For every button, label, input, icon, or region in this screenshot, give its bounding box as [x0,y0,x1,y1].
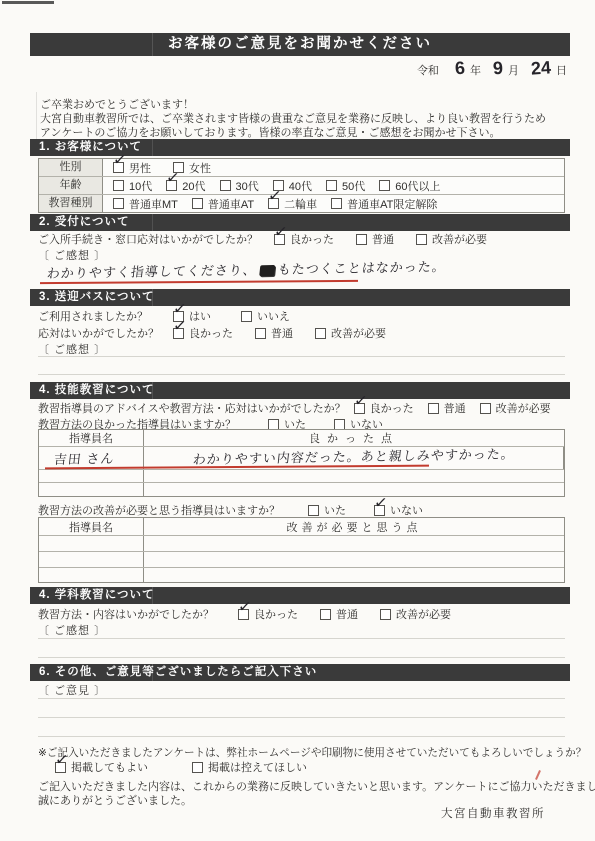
column-header-point: 改善が必要と思う点 [144,518,564,535]
option-label: 掲載は控えてほしい [208,759,307,775]
year-unit: 年 [470,62,481,78]
comment-label: 〔 ご感想 〕 [38,622,106,638]
row-label: 性別 [39,159,103,176]
scanned-survey-form: お客様のご意見をお聞かせください 令和 6 年 9 月 24 日 ご卒業おめでと… [0,0,595,841]
checkbox-needs-improvement [416,234,427,245]
ruled-line [38,356,565,357]
option-inai: いない [374,502,423,518]
row-label: 年齢 [39,177,103,194]
option-needs-improvement: 改善が必要 [380,606,451,622]
option-label: 普通車MT [129,196,178,212]
question-label: 教習方法の改善が必要と思う指導員はいますか？ [38,502,308,518]
option-label: 改善が必要 [432,231,487,247]
checkbox-good [274,234,285,245]
handwritten-text-part1: わかりやすく指導してくださり、 [46,262,258,281]
option-label: 改善が必要 [331,325,386,341]
date-line: 令和 6 年 9 月 24 日 [417,58,567,79]
handwritten-comment: わかりやすく指導してくださり、もたつくことはなかった。 [46,256,447,282]
option-label: 40代 [289,178,312,194]
question-options: 良かった 普通 改善が必要 [173,325,386,341]
option-label: 普通車AT [208,196,254,212]
option-publish-ok: 掲載してもよい [55,759,148,775]
option-needs-improvement: 改善が必要 [416,231,487,247]
reception-question-row: ご入所手続き・窓口応対はいかがでしたか？ 良かった 普通 改善が必要 [38,231,487,247]
option-label: 男性 [129,160,151,176]
option-30s: 30代 [220,178,259,194]
checkbox-good [354,403,365,414]
improve-point-cell [144,552,564,567]
ruled-line [38,717,565,718]
option-good: 良かった [238,606,298,622]
table-header-row: 指導員名 改善が必要と思う点 [39,518,564,535]
section1-header: 1. お客様について [30,139,570,156]
handwritten-year: 6 [454,58,465,80]
checkbox-ita [308,505,319,516]
handwritten-day: 24 [530,57,551,79]
checkbox-male [113,162,124,173]
option-label: 普通 [336,606,358,622]
question-options: 良かった 普通 改善が必要 [354,400,551,416]
form-title: お客様のご意見をお聞かせください [168,36,432,52]
table-row-gender: 性別 男性 女性 [39,159,564,176]
option-label: 良かった [254,606,298,622]
column-header-name: 指導員名 [39,430,144,446]
option-no: いいえ [241,308,290,324]
opinion-label: 〔 ご意見 〕 [38,682,106,698]
scan-artifact-mark [2,1,54,4]
checkbox-50s [326,180,337,191]
option-label: 普通 [444,400,466,416]
closing-text: ご記入いただきました内容は、これからの業務に反映していきたいと思います。アンケー… [38,781,595,808]
option-label: いいえ [257,308,290,324]
improve-instructor-table: 指導員名 改善が必要と思う点 [38,517,565,583]
table-row-course-type: 教習種別 普通車MT 普通車AT 二輪車 普通車AT限定解除 [39,194,564,212]
lecture-question-row: 教習方法・内容はいかがでしたか？ 良かった 普通 改善が必要 [38,606,451,622]
comment-label: 〔 ご感想 〕 [38,341,106,357]
option-label: 良かった [290,231,334,247]
checkbox-needs-improvement [480,403,491,414]
ruled-line [38,736,565,737]
bus-service-question-row: 応対はいかがでしたか？ 良かった 普通 改善が必要 [38,325,386,341]
checkbox-inai [374,505,385,516]
checkbox-average [428,403,439,414]
checkbox-car-at [192,198,203,209]
checkbox-inai [334,419,345,430]
row-options: 10代 20代 30代 40代 50代 60代以上 [103,177,564,194]
month-unit: 月 [508,62,519,78]
option-needs-improvement: 改善が必要 [315,325,386,341]
option-label: 50代 [342,178,365,194]
good-point-cell [144,483,564,496]
bus-used-question-row: ご利用されましたか？ はい いいえ [38,308,290,324]
option-average: 普通 [428,400,466,416]
question-label: ご利用されましたか？ [38,308,173,324]
section6-header: 6. その他、ご意見等ございましたらご記入下さい [30,664,570,681]
option-10s: 10代 [113,178,152,194]
question-label: 教習指導員のアドバイスや教習方法・応対はいかがでしたか？ [38,400,346,416]
table-row-empty [39,567,564,582]
customer-info-table: 性別 男性 女性 年齢 10代 20代 30代 40代 50代 60代以上 教習… [38,158,565,213]
good-point-cell [144,470,564,482]
option-good: 良かった [173,325,233,341]
school-signature: 大宮自動車教習所 [441,805,545,821]
option-label: 30代 [236,178,259,194]
option-label: 良かった [189,325,233,341]
checkbox-no [241,311,252,322]
option-label: 普通車AT限定解除 [347,196,437,212]
option-label: 60代以上 [395,178,440,194]
option-50s: 50代 [326,178,365,194]
section3-header: 3. 送迎バスについて [30,289,570,306]
option-label: 改善が必要 [396,606,451,622]
question-options: 良かった 普通 改善が必要 [238,606,451,622]
checkbox-good [238,609,249,620]
option-label: 10代 [129,178,152,194]
table-row-empty [39,469,564,482]
option-ita: いた [308,502,346,518]
checkbox-publish-ok [55,762,66,773]
improve-instructor-question-row: 教習方法の改善が必要と思う指導員はいますか？ いた いない [38,502,423,518]
option-label: いない [390,502,423,518]
row-label: 教習種別 [39,195,103,212]
option-label: 二輪車 [284,196,317,212]
option-good: 良かった [274,231,334,247]
table-row-empty [39,535,564,551]
row-options: 普通車MT 普通車AT 二輪車 普通車AT限定解除 [103,195,564,212]
ruled-line [38,698,565,699]
section2-header: 2. 受付について [30,214,570,231]
comment-label: 〔 ご感想 〕 [38,247,106,263]
question-label: 応対はいかがでしたか？ [38,325,173,341]
checkbox-needs-improvement [315,328,326,339]
checkbox-at-limit-release [331,198,342,209]
option-60s-plus: 60代以上 [379,178,440,194]
option-male: 男性 [113,160,151,176]
checkbox-ita [268,419,279,430]
handwritten-instructor-name: 吉田 さん [53,447,116,467]
checkbox-needs-improvement [380,609,391,620]
day-unit: 日 [556,62,567,78]
checkbox-30s [220,180,231,191]
question-options: いた いない [308,502,423,518]
option-label: 女性 [189,160,211,176]
question-label: ご入所手続き・窓口応対はいかがでしたか？ [38,231,258,247]
table-row-empty [39,551,564,567]
closing-line-1: ご記入いただきました内容は、これからの業務に反映していきたいと思います。アンケー… [38,781,595,795]
instructor-advice-question-row: 教習指導員のアドバイスや教習方法・応対はいかがでしたか？ 良かった 普通 改善が… [38,400,551,416]
checkbox-car-mt [113,198,124,209]
scan-artifact-line [36,92,37,142]
good-instructor-table: 指導員名 良かった点 吉田 さん わかりやすい内容だった。あと親しみやすかった。 [38,429,565,497]
option-label: 普通 [372,231,394,247]
section4-skill-header: 4. 技能教習について [30,382,570,399]
greeting-line-3: アンケートのご協力をお願いしております。皆様の率直なご意見・ご感想をお聞かせ下さ… [40,124,500,140]
scribbled-out-word [259,265,275,276]
era-label: 令和 [417,62,439,78]
checkbox-average [255,328,266,339]
option-label: 普通 [271,325,293,341]
ruled-line [38,657,565,658]
improve-point-cell [144,536,564,551]
handwritten-text-part2: もたつくことはなかった。 [277,259,447,277]
publish-options-row: 掲載してもよい 掲載は控えてほしい [55,759,307,775]
ruled-line [38,638,565,639]
checkbox-good [173,328,184,339]
checkbox-20s [166,180,177,191]
option-label: いた [324,502,346,518]
option-label: 改善が必要 [496,400,551,416]
instructor-name-cell [39,483,144,496]
option-motorcycle: 二輪車 [268,196,317,212]
checkbox-60s-plus [379,180,390,191]
option-label: 20代 [182,178,205,194]
publish-permission-question: ※ご記入いただきましたアンケートは、弊社ホームページや印刷物に使用させていただい… [38,745,586,760]
instructor-name-cell: 吉田 さん [39,447,144,469]
ruled-line [38,374,565,375]
option-at-limit-release: 普通車AT限定解除 [331,196,437,212]
instructor-name-cell [39,568,144,582]
improve-point-cell [144,568,564,582]
option-label: 掲載してもよい [71,759,148,775]
option-20s: 20代 [166,178,205,194]
checkbox-10s [113,180,124,191]
option-average: 普通 [356,231,394,247]
option-label: 良かった [370,400,414,416]
checkbox-average [356,234,367,245]
checkbox-publish-no [192,762,203,773]
option-average: 普通 [255,325,293,341]
option-publish-no: 掲載は控えてほしい [192,759,307,775]
option-needs-improvement: 改善が必要 [480,400,551,416]
checkbox-average [320,609,331,620]
option-car-mt: 普通車MT [113,196,178,212]
question-options: 良かった 普通 改善が必要 [274,231,487,247]
table-row-empty [39,482,564,496]
option-average: 普通 [320,606,358,622]
table-row-age: 年齢 10代 20代 30代 40代 50代 60代以上 [39,176,564,194]
section4-lecture-header: 4. 学科教習について [30,587,570,604]
table-row-entry: 吉田 さん わかりやすい内容だった。あと親しみやすかった。 [39,446,564,469]
instructor-name-cell [39,552,144,567]
red-pen-artifact [535,770,541,780]
option-car-at: 普通車AT [192,196,254,212]
question-label: 教習方法・内容はいかがでしたか？ [38,606,238,622]
instructor-name-cell [39,470,144,482]
instructor-name-cell [39,536,144,551]
question-options: はい いいえ [173,308,290,324]
column-header-name: 指導員名 [39,518,144,535]
handwritten-month: 9 [492,58,503,80]
handwritten-good-point: わかりやすい内容だった。あと親しみやすかった。 [192,443,516,468]
option-good: 良かった [354,400,414,416]
option-label: はい [189,308,211,324]
form-title-bar: お客様のご意見をお聞かせください [30,33,570,56]
checkbox-motorcycle [268,198,279,209]
